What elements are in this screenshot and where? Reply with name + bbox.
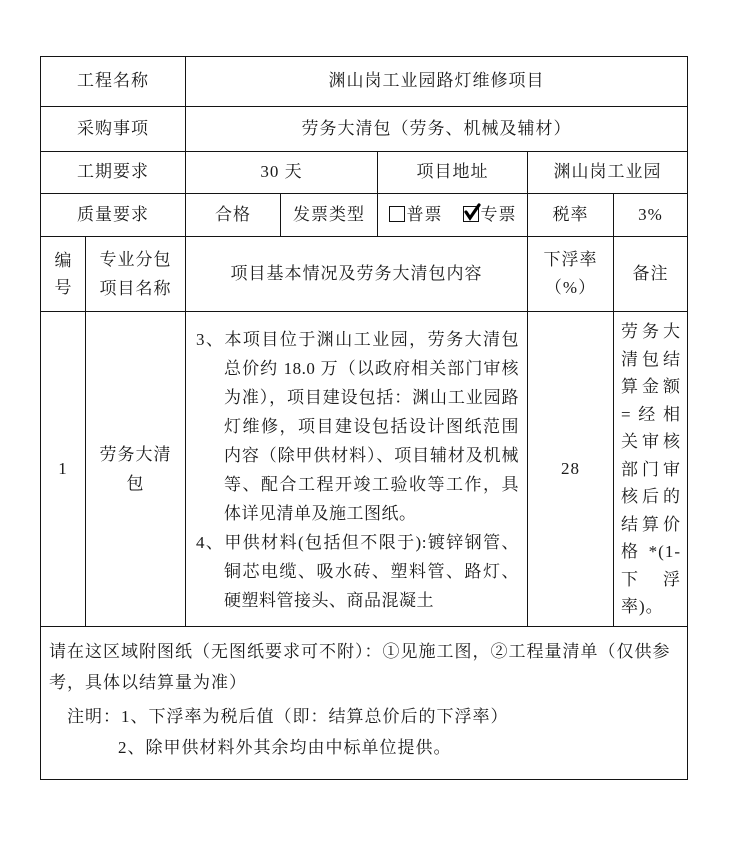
row-duration: 工期要求 30 天 项目地址 渊山岗工业园 bbox=[41, 152, 688, 194]
row-quality: 质量要求 合格 发票类型 普票专票 税率 3% bbox=[41, 194, 688, 237]
data-no: 1 bbox=[41, 312, 86, 627]
row-column-headers: 编号 专业分包项目名称 项目基本情况及劳务大清包内容 下浮率 （%） 备注 bbox=[41, 237, 688, 312]
footer-note-2: 2、除甲供材料外其余均由中标单位提供。 bbox=[118, 732, 677, 763]
address-label: 项目地址 bbox=[378, 152, 528, 194]
checkbox-putong-unchecked[interactable] bbox=[389, 206, 405, 222]
row-footer-notes: 请在这区域附图纸（无图纸要求可不附）：①见施工图，②工程量清单（仅供参考，具体以… bbox=[41, 627, 688, 780]
row-project-name: 工程名称 渊山岗工业园路灯维修项目 bbox=[41, 57, 688, 107]
data-content: 3、本项目位于渊山工业园，劳务大清包总价约 18.0 万（以政府相关部门审核为准… bbox=[186, 312, 528, 627]
data-package-name: 劳务大清包 bbox=[86, 312, 186, 627]
data-remark: 劳务大清包结算金额=经相关审核部门审核后的结算价格*(1-下浮率)。 bbox=[614, 312, 688, 627]
content-item-4: 4、甲供材料(包括但不限于):镀锌钢管、铜芯电缆、吸水砖、塑料管、路灯、硬塑料管… bbox=[196, 528, 519, 615]
content-item-3: 3、本项目位于渊山工业园，劳务大清包总价约 18.0 万（以政府相关部门审核为准… bbox=[196, 325, 519, 528]
project-name-value: 渊山岗工业园路灯维修项目 bbox=[186, 57, 688, 107]
attachment-note: 请在这区域附图纸（无图纸要求可不附）：①见施工图，②工程量清单（仅供参考，具体以… bbox=[49, 636, 677, 698]
checkbox-zhuanpiao-label: 专票 bbox=[481, 205, 517, 224]
header-package-name: 专业分包项目名称 bbox=[86, 237, 186, 312]
address-value: 渊山岗工业园 bbox=[528, 152, 688, 194]
row-procurement-item: 采购事项 劳务大清包（劳务、机械及辅材） bbox=[41, 107, 688, 152]
procurement-form-table: 工程名称 渊山岗工业园路灯维修项目 采购事项 劳务大清包（劳务、机械及辅材） 工… bbox=[40, 56, 688, 780]
content-item-4-prefix: 4、 bbox=[196, 533, 224, 552]
checkbox-putong-label: 普票 bbox=[407, 205, 443, 224]
procurement-label: 采购事项 bbox=[41, 107, 186, 152]
footer-cell: 请在这区域附图纸（无图纸要求可不附）：①见施工图，②工程量清单（仅供参考，具体以… bbox=[41, 627, 688, 780]
header-no: 编号 bbox=[41, 237, 86, 312]
data-discount-value: 28 bbox=[528, 312, 614, 627]
check-icon bbox=[462, 202, 482, 222]
tax-label: 税率 bbox=[528, 194, 614, 237]
footer-note-1: 注明：1、下浮率为税后值（即：结算总价后的下浮率） bbox=[67, 701, 677, 732]
procurement-value: 劳务大清包（劳务、机械及辅材） bbox=[186, 107, 688, 152]
header-remark: 备注 bbox=[614, 237, 688, 312]
duration-value: 30 天 bbox=[186, 152, 378, 194]
invoice-type-label: 发票类型 bbox=[281, 194, 378, 237]
project-name-label: 工程名称 bbox=[41, 57, 186, 107]
content-item-3-text: 本项目位于渊山工业园，劳务大清包总价约 18.0 万（以政府相关部门审核为准），… bbox=[224, 330, 519, 523]
checkbox-zhuanpiao-checked[interactable] bbox=[463, 206, 479, 222]
invoice-type-options: 普票专票 bbox=[378, 194, 528, 237]
quality-value: 合格 bbox=[186, 194, 281, 237]
content-item-3-prefix: 3、 bbox=[196, 330, 224, 349]
document-page: 工程名称 渊山岗工业园路灯维修项目 采购事项 劳务大清包（劳务、机械及辅材） 工… bbox=[0, 0, 749, 850]
header-content: 项目基本情况及劳务大清包内容 bbox=[186, 237, 528, 312]
tax-value: 3% bbox=[614, 194, 688, 237]
quality-label: 质量要求 bbox=[41, 194, 186, 237]
header-discount-rate: 下浮率 （%） bbox=[528, 237, 614, 312]
row-package-data: 1 劳务大清包 3、本项目位于渊山工业园，劳务大清包总价约 18.0 万（以政府… bbox=[41, 312, 688, 627]
duration-label: 工期要求 bbox=[41, 152, 186, 194]
content-item-4-text: 甲供材料(包括但不限于):镀锌钢管、铜芯电缆、吸水砖、塑料管、路灯、硬塑料管接头… bbox=[224, 533, 519, 610]
